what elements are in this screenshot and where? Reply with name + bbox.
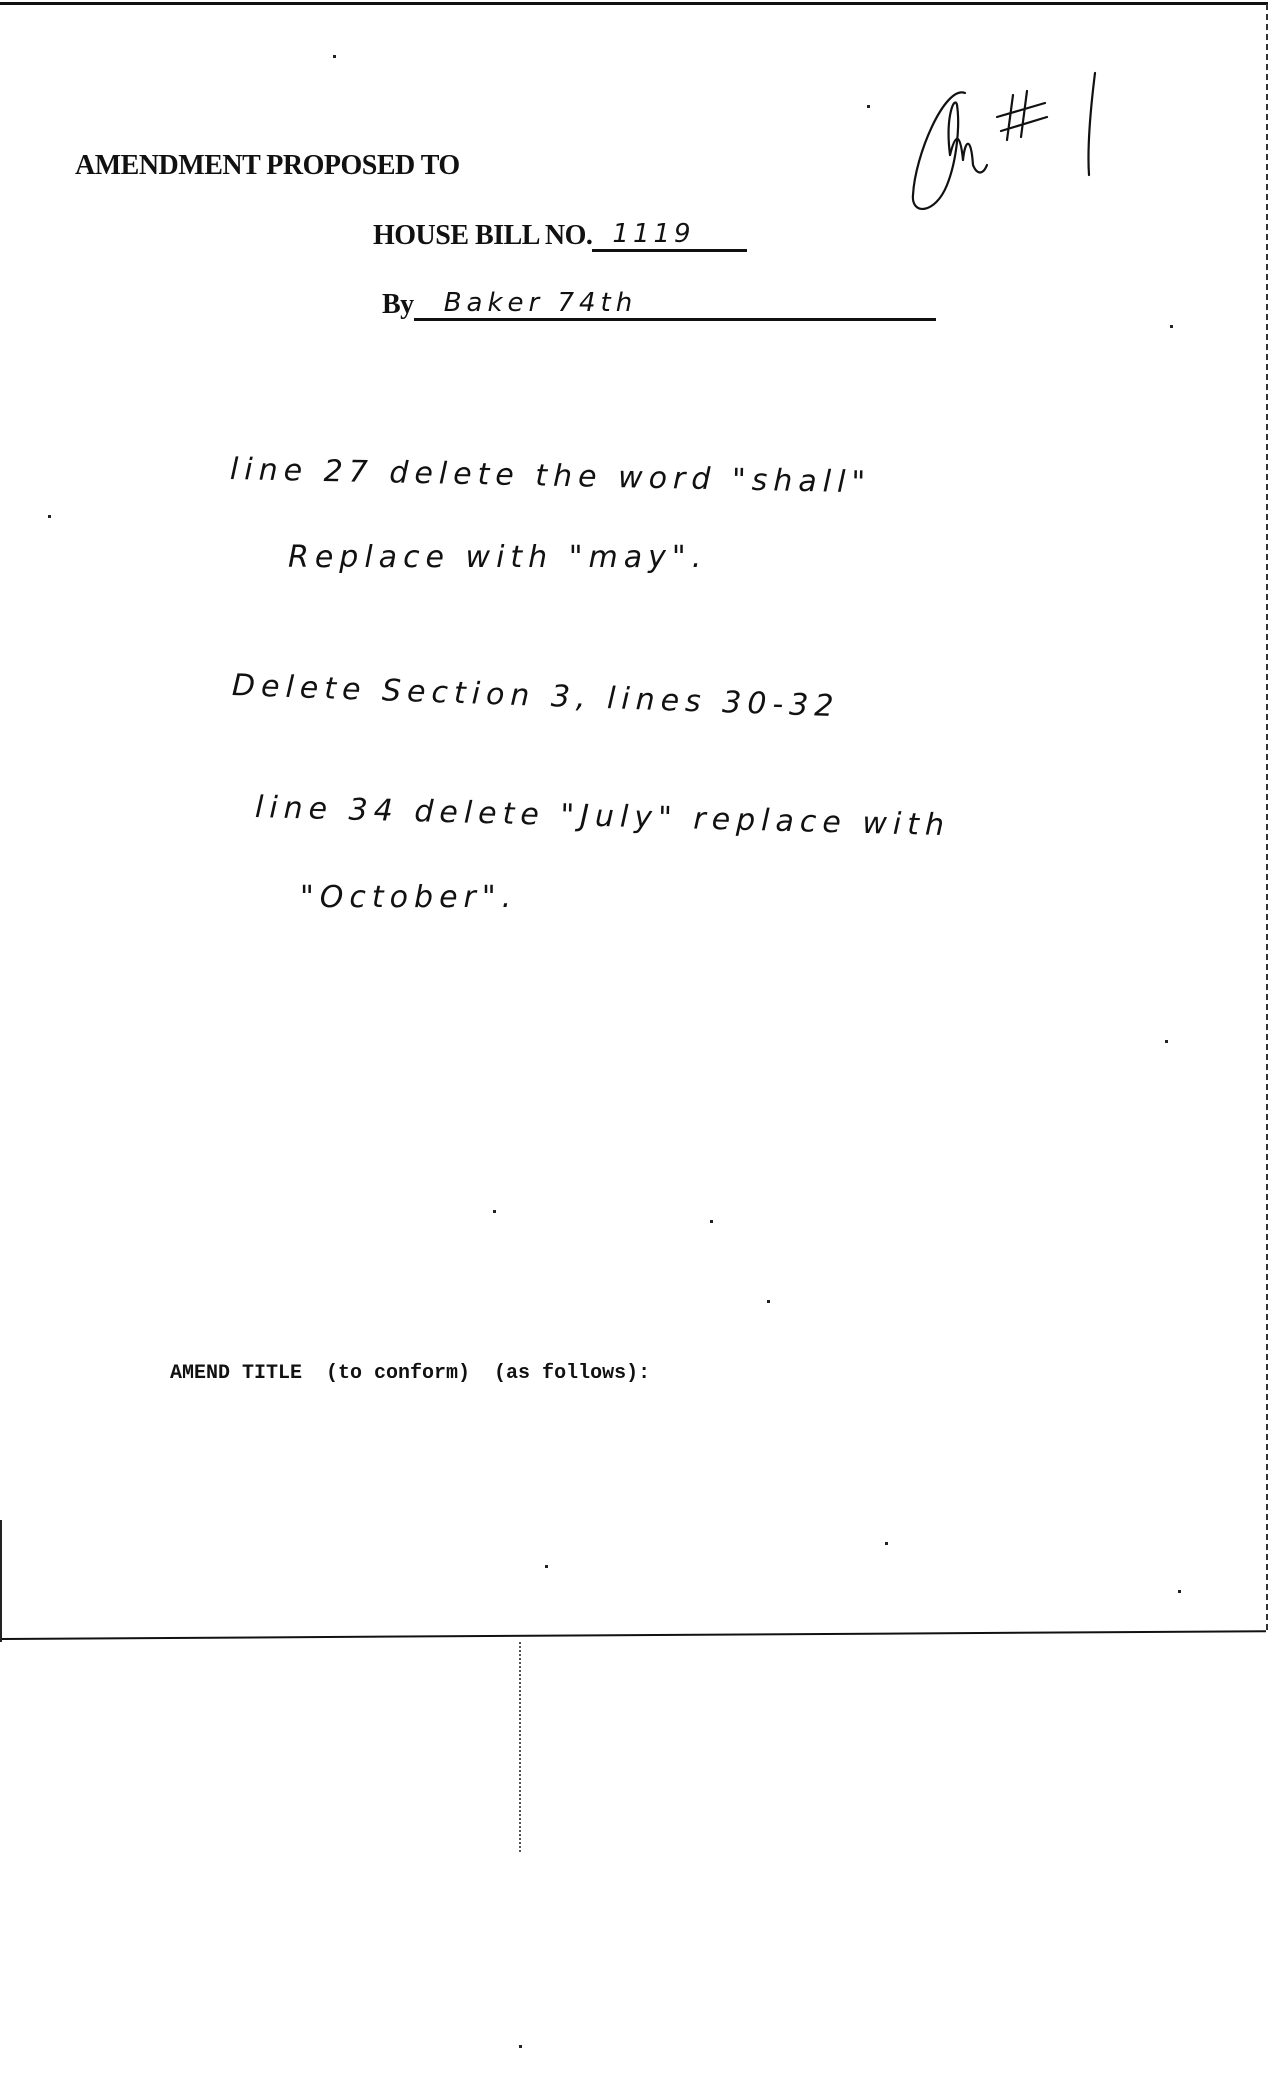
scan-speck — [710, 1220, 713, 1223]
amendment-3-line-1: line 34 delete "July" replace with — [255, 790, 951, 843]
scan-speck — [885, 1542, 888, 1545]
scan-speck — [1165, 1040, 1168, 1043]
page-border-right — [1266, 4, 1268, 1630]
bill-number-field: 1119 — [592, 219, 747, 252]
handwritten-am-1-mark — [905, 65, 1145, 215]
amendment-1-line-1: line 27 delete the word "shall" — [230, 452, 872, 500]
scan-speck — [867, 105, 870, 108]
amendment-2-line-1: Delete Section 3, lines 30-32 — [231, 668, 840, 724]
margin-note: Am #1 — [905, 65, 1145, 215]
by-line: By Baker 74th — [382, 288, 936, 321]
amendment-3-line-2: "October". — [300, 880, 517, 915]
amendment-heading: AMENDMENT PROPOSED TO — [75, 150, 460, 182]
scan-speck — [48, 515, 51, 518]
by-label: By — [382, 289, 414, 321]
bill-label: HOUSE BILL NO. — [373, 220, 592, 252]
scan-speck — [767, 1300, 770, 1303]
page-border-left — [0, 1520, 2, 1642]
bill-line: HOUSE BILL NO. 1119 — [373, 219, 747, 252]
sponsor-field: Baker 74th — [414, 288, 936, 321]
scan-speck — [545, 1565, 548, 1568]
page-border-top — [0, 2, 1268, 5]
scan-speck — [1170, 325, 1173, 328]
amend-title-line: AMEND TITLE (to conform) (as follows): — [170, 1362, 650, 1385]
scan-speck — [493, 1210, 496, 1213]
scan-speck — [1178, 1590, 1181, 1593]
scan-artifact-dotted-line — [519, 1642, 521, 1852]
scan-speck — [519, 2045, 522, 2048]
page-border-bottom — [2, 1630, 1266, 1640]
amendment-1-line-2: Replace with "may". — [288, 540, 707, 575]
scan-speck — [333, 55, 336, 58]
